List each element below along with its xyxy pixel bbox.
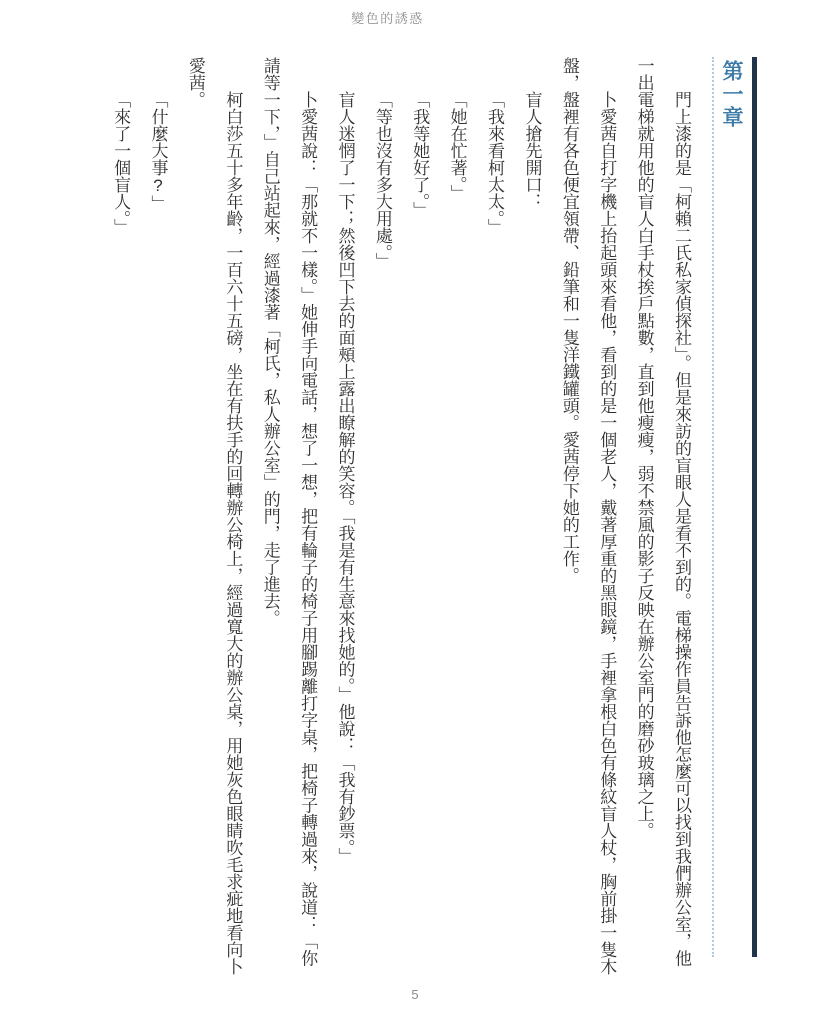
running-header-title: 變色的誘惑	[0, 8, 775, 27]
paragraph: 柯白莎五十多年齡，一百六十五磅，坐在有扶手的回轉辦公椅上，經過寬大的辦公桌，用她…	[177, 57, 252, 977]
paragraph-dialogue: 「什麼大事?」	[139, 57, 176, 977]
paragraph: 卜愛茜說：「那就不一樣。」她伸手向電話，想了一想，把有輪子的椅子用腳踢離打字桌，…	[251, 57, 326, 977]
paragraph: 卜愛茜自打字機上抬起頭來看他，看到的是一個老人，戴著厚重的黑眼鏡，手裡拿根白色有…	[550, 57, 625, 977]
page-number: 5	[0, 987, 830, 1002]
chapter-rule-line	[752, 57, 757, 957]
paragraph-dialogue: 「她在忙著。」	[438, 57, 475, 977]
paragraph-dialogue: 「我來看柯太太。」	[476, 57, 513, 977]
paragraph: 盲人迷惘了一下；然後凹下去的面頰上露出瞭解的笑容。「我是有生意來找她的。」他說：…	[326, 57, 363, 977]
dotted-divider-line	[712, 57, 714, 957]
paragraph-dialogue: 「等也沒有多大用處。」	[363, 57, 400, 977]
body-text-block: 門上漆的是「柯賴二氏私家偵探社」。但是來訪的盲眼人是看不到的。電梯操作員告訴他怎…	[80, 57, 700, 977]
paragraph: 門上漆的是「柯賴二氏私家偵探社」。但是來訪的盲眼人是看不到的。電梯操作員告訴他怎…	[625, 57, 700, 977]
chapter-title: 第一章	[716, 60, 746, 129]
paragraph-dialogue: 「我等她好了。」	[401, 57, 438, 977]
paragraph-dialogue: 「來了一個盲人。」	[102, 57, 139, 977]
paragraph: 盲人搶先開口：	[513, 57, 550, 977]
book-page: 變色的誘惑 第一章 門上漆的是「柯賴二氏私家偵探社」。但是來訪的盲眼人是看不到的…	[0, 0, 830, 1024]
